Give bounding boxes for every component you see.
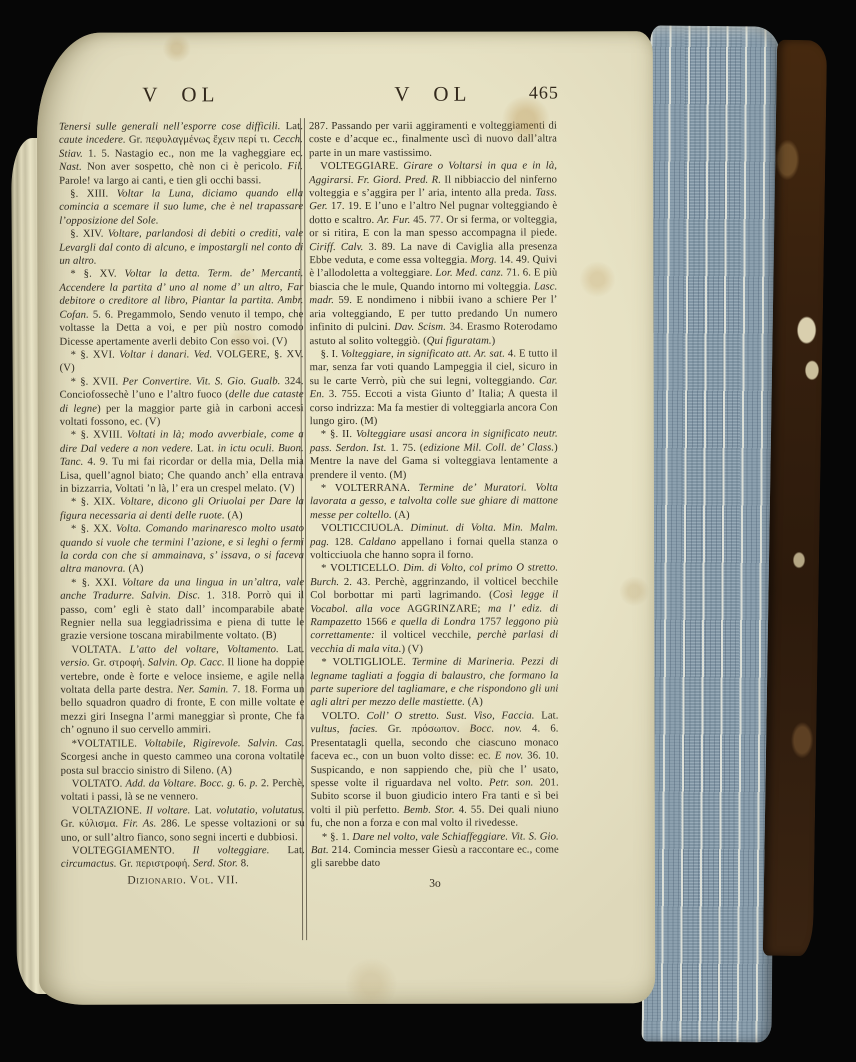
dictionary-paragraph: §. I. Volteggiare, in significato att. A… — [310, 347, 558, 428]
dictionary-paragraph: 287. Passando per varii aggiramenti e vo… — [309, 119, 557, 160]
dictionary-paragraph: VOLTEGGIAMENTO. Il volteggiare. Lat. cir… — [61, 844, 305, 871]
dictionary-paragraph: §. XIV. Voltare, parlandosi di debiti o … — [59, 227, 303, 268]
dictionary-paragraph: VOLTO. Coll’ O stretto. Sust. Viso, Facc… — [311, 709, 559, 830]
column-right-text: 287. Passando per varii aggiramenti e vo… — [309, 119, 559, 870]
dictionary-paragraph: * VOLTICELLO. Dim. di Volto, col primo O… — [310, 562, 558, 656]
dictionary-paragraph: * §. XX. Volta. Comando marinaresco molt… — [60, 522, 304, 576]
dictionary-paragraph: VOLTEGGIARE. Girare o Voltarsi in qua e … — [309, 160, 557, 348]
dictionary-paragraph: * VOLTIGLIOLE. Termine di Marineria. Pez… — [310, 656, 558, 710]
fore-edge-page-stack — [642, 25, 781, 1042]
footer-volume-line: Dizionario. Vol. VII. — [61, 874, 305, 887]
dictionary-paragraph: * §. 1. Dare nel volto, vale Schiaffeggi… — [311, 830, 559, 871]
running-head-left: V OL — [59, 82, 303, 108]
dictionary-paragraph: * VOLTERRANA. Termine de’ Muratori. Volt… — [310, 481, 558, 522]
column-right: V OL 465 287. Passando per varii aggiram… — [309, 81, 559, 889]
running-head-right: V OL 465 — [309, 81, 557, 107]
dictionary-paragraph: * §. XVI. Voltar i danari. Ved. VOLGERE,… — [60, 348, 304, 375]
dictionary-paragraph: Tenersi sulle generali nell’esporre cose… — [59, 120, 303, 188]
page-number: 465 — [529, 82, 559, 103]
running-head-left-label: V OL — [142, 82, 219, 106]
dictionary-paragraph: * §. XIX. Voltare, dicono gli Oriuolai p… — [60, 495, 304, 522]
dictionary-paragraph: VOLTATA. L’atto del voltare, Voltamento.… — [60, 643, 304, 737]
dictionary-paragraph: VOLTATO. Add. da Voltare. Bocc. g. 6. p.… — [61, 777, 305, 804]
dictionary-paragraph: VOLTICCIUOLA. Diminut. di Volta. Min. Ma… — [310, 522, 558, 563]
dictionary-paragraph: §. XIII. Voltar la Luna, diciamo quando … — [59, 187, 303, 228]
dictionary-paragraph: * §. XV. Voltar la detta. Term. de’ Merc… — [59, 268, 303, 349]
book-page: V OL Tenersi sulle generali nell’esporre… — [37, 31, 656, 1005]
dictionary-paragraph: * §. II. Volteggiare usasi ancora in sig… — [310, 428, 558, 482]
column-left-text: Tenersi sulle generali nell’esporre cose… — [59, 120, 305, 871]
dictionary-paragraph: VOLTAZIONE. Il voltare. Lat. volutatio, … — [61, 804, 305, 845]
book-photo: V OL Tenersi sulle generali nell’esporre… — [0, 0, 856, 1062]
dictionary-paragraph: * §. XVIII. Voltati in là; modo avverbia… — [60, 428, 304, 496]
dictionary-paragraph: * §. XXI. Voltare da una lingua in un’al… — [60, 576, 304, 644]
running-head-right-label: V OL — [394, 82, 471, 106]
signature-mark: 3o — [311, 877, 559, 890]
dictionary-paragraph: * §. XVII. Per Convertire. Vit. S. Gio. … — [60, 375, 304, 429]
column-left: V OL Tenersi sulle generali nell’esporre… — [59, 82, 305, 886]
dictionary-paragraph: *VOLTATILE. Voltabile, Rigirevole. Salvi… — [61, 737, 305, 778]
